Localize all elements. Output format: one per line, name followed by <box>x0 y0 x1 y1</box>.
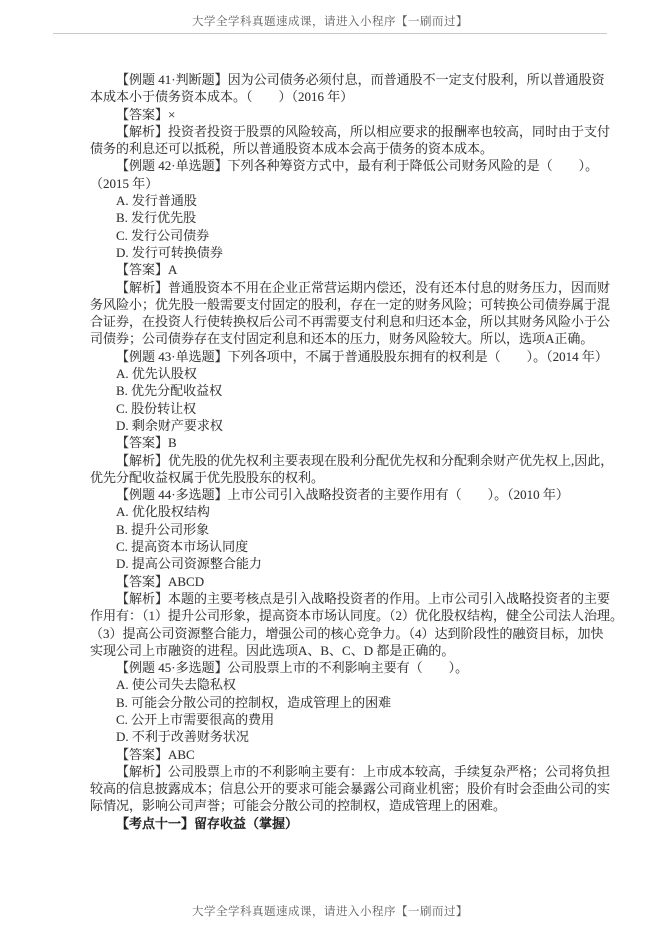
text-line: B. 优先分配收益权 <box>90 382 610 399</box>
text-line: 务风险小；优先股一般需要支付固定的股利，存在一定的财务风险；可转换公司债券属于混 <box>90 296 610 313</box>
text-line: 【答案】ABCD <box>90 573 610 590</box>
header-note: 大学全学科真题速成课，请进入小程序【一刷而过】 <box>0 13 660 29</box>
text-line: A. 优化股权结构 <box>90 503 610 520</box>
text-line: 较高的信息披露成本；信息公开的要求可能会暴露公司商业机密；股价有时会歪曲公司的实 <box>90 780 610 797</box>
text-line: C. 股份转让权 <box>90 400 610 417</box>
text-line: 司债券；公司债券存在支付固定利息和还本的压力，财务风险较大。所以，选项A正确。 <box>90 330 610 347</box>
text-line: 【例题 42·单选题】下列各种筹资方式中，最有利于降低公司财务风险的是（ ）。 <box>90 157 610 174</box>
text-line: 【答案】B <box>90 434 610 451</box>
text-line: A. 发行普通股 <box>90 192 610 209</box>
text-line: D. 剩余财产要求权 <box>90 417 610 434</box>
text-line: 际情况，影响公司声誉；可能会分散公司的控制权，造成管理上的困难。 <box>90 797 610 814</box>
text-line: D. 不利于改善财务状况 <box>90 728 610 745</box>
text-line: 【考点十一】留存收益（掌握） <box>90 815 610 832</box>
text-line: 优先分配收益权属于优先股股东的权利。 <box>90 469 610 486</box>
text-line: 本成本小于债务资本成本。（ ）（2016 年） <box>90 88 610 105</box>
text-line: D. 提高公司资源整合能力 <box>90 555 610 572</box>
text-line: 【例题 43·单选题】下列各项中，不属于普通股股东拥有的权利是（ ）。（2014… <box>90 348 610 365</box>
text-line: 合证券，在投资人行使转换权后公司不再需要支付利息和归还本金，所以其财务风险小于公 <box>90 313 610 330</box>
text-line: B. 发行优先股 <box>90 209 610 226</box>
header-rule <box>53 33 607 34</box>
text-line: A. 使公司失去隐私权 <box>90 676 610 693</box>
text-line: 【解析】投资者投资于股票的风险较高，所以相应要求的报酬率也较高，同时由于支付 <box>90 123 610 140</box>
text-line: B. 提升公司形象 <box>90 521 610 538</box>
text-line: C. 发行公司债券 <box>90 227 610 244</box>
text-line: 【解析】本题的主要考核点是引入战略投资者的作用。上市公司引入战略投资者的主要 <box>90 590 610 607</box>
text-line: 实现公司上市融资的进程。因此选项A、B、C、D 都是正确的。 <box>90 642 610 659</box>
text-line: 【答案】A <box>90 261 610 278</box>
text-line: 【解析】公司股票上市的不利影响主要有：上市成本较高，手续复杂严格；公司将负担 <box>90 763 610 780</box>
text-line: 【例题 44·多选题】上市公司引入战略投资者的主要作用有（ ）。（2010 年） <box>90 486 610 503</box>
text-line: 作用有：（1）提升公司形象，提高资本市场认同度。（2）优化股权结构，健全公司法人… <box>90 607 610 624</box>
document-body: 【例题 41·判断题】因为公司债务必须付息，而普通股不一定支付股利，所以普通股资… <box>90 71 610 832</box>
text-line: 【例题 41·判断题】因为公司债务必须付息，而普通股不一定支付股利，所以普通股资 <box>90 71 610 88</box>
text-line: 【例题 45·多选题】公司股票上市的不利影响主要有（ ）。 <box>90 659 610 676</box>
text-line: B. 可能会分散公司的控制权，造成管理上的困难 <box>90 694 610 711</box>
text-line: 【答案】× <box>90 106 610 123</box>
text-line: C. 公开上市需要很高的费用 <box>90 711 610 728</box>
footer-note: 大学全学科真题速成课，请进入小程序【一刷而过】 <box>0 903 660 919</box>
text-line: C. 提高资本市场认同度 <box>90 538 610 555</box>
text-line: （3）提高公司资源整合能力，增强公司的核心竞争力。（4）达到阶段性的融资目标，加… <box>90 625 610 642</box>
text-line: 【答案】ABC <box>90 746 610 763</box>
text-line: 【解析】优先股的优先权利主要表现在股利分配优先权和分配剩余财产优先权上,因此， <box>90 452 610 469</box>
text-line: 债务的利息还可以抵税，所以普通股资本成本会高于债务的资本成本。 <box>90 140 610 157</box>
text-line: 【解析】普通股资本不用在企业正常营运期内偿还，没有还本付息的财务压力，因而财 <box>90 279 610 296</box>
text-line: （2015 年） <box>90 175 610 192</box>
text-line: A. 优先认股权 <box>90 365 610 382</box>
text-line: D. 发行可转换债券 <box>90 244 610 261</box>
